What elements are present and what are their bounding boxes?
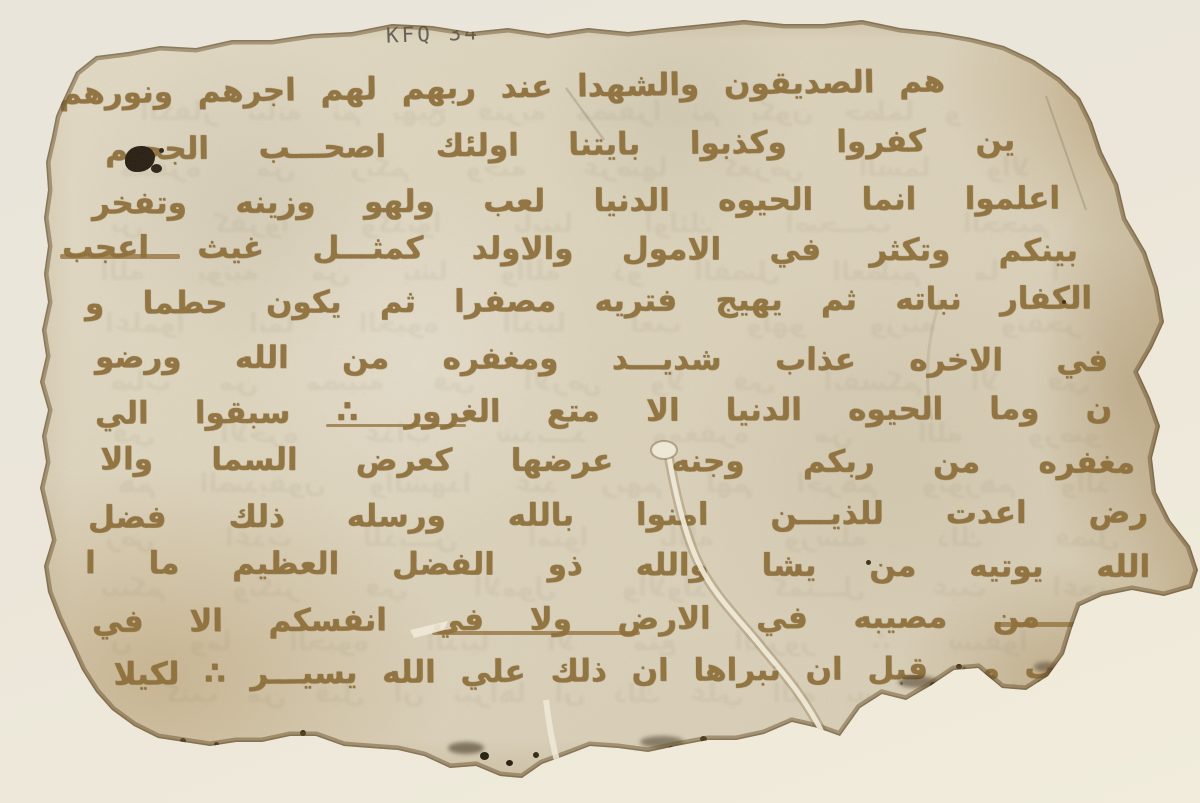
- ink-blot: [151, 164, 162, 173]
- script-line: مغفره من ربكم وجنه عرضها كعرض السما والا: [100, 436, 1135, 486]
- script-line: في الاخره عذاب شديـــد ومغفره من الله ور…: [95, 334, 1108, 384]
- edge-stain: [1034, 662, 1058, 672]
- ink-speck: [480, 752, 489, 760]
- script-line: كتب من قبل ان نبراها ان ذلك علي الله يسي…: [148, 645, 1088, 698]
- kashida-stroke: [326, 424, 466, 427]
- ink-speck: [866, 560, 871, 565]
- script-line: الله يوتيه من يشا والله ذو الفضل العظيم …: [85, 540, 1150, 590]
- shelfmark-label: KFQ 34: [386, 20, 481, 47]
- ink-speck: [700, 736, 707, 742]
- ink-speck: [668, 746, 674, 752]
- kashida-stroke: [995, 622, 1143, 627]
- ink-speck: [506, 760, 513, 766]
- ink-speck: [300, 730, 306, 736]
- script-line: ن وما الحيوه الدنيا الا متع الغرور ∴ سبق…: [95, 385, 1112, 436]
- kashida-stroke: [60, 254, 180, 259]
- script-line: بينكم وتكثر في الامول والاولد كمثـــل غي…: [62, 224, 1078, 274]
- photo-backdrop: الكفار نباته ثم يهيج فتريه مصفرا ثم يكون…: [0, 0, 1200, 803]
- script-line: رض اعدت للذيـــن امنوا بالله ورسله ذلك ف…: [88, 489, 1148, 541]
- ink-speck: [214, 742, 219, 747]
- script-line: الكفار نباته ثم يهيج فتريه مصفرا ثم يكون…: [85, 275, 1092, 326]
- edge-stain: [448, 742, 484, 754]
- script-line: اعلموا انما الحيوه الدنيا لعب ولهو وزينه…: [92, 175, 1060, 226]
- parchment: الكفار نباته ثم يهيج فتريه مصفرا ثم يكون…: [0, 0, 1200, 803]
- edge-stain: [640, 736, 684, 748]
- ink-speck: [533, 752, 539, 758]
- ink-blot: [159, 148, 164, 153]
- ink-speck: [180, 738, 186, 744]
- ink-speck: [1062, 300, 1066, 304]
- ink-speck: [930, 682, 936, 688]
- ink-speck: [956, 664, 962, 669]
- script-line: صاب من مصيبه في الارض ولا في انفسكم الا …: [92, 593, 1158, 645]
- script-line: ين كفروا وكذبوا بايتنا اولئك اصحـــب الج…: [105, 117, 1015, 173]
- kashida-stroke: [432, 631, 640, 635]
